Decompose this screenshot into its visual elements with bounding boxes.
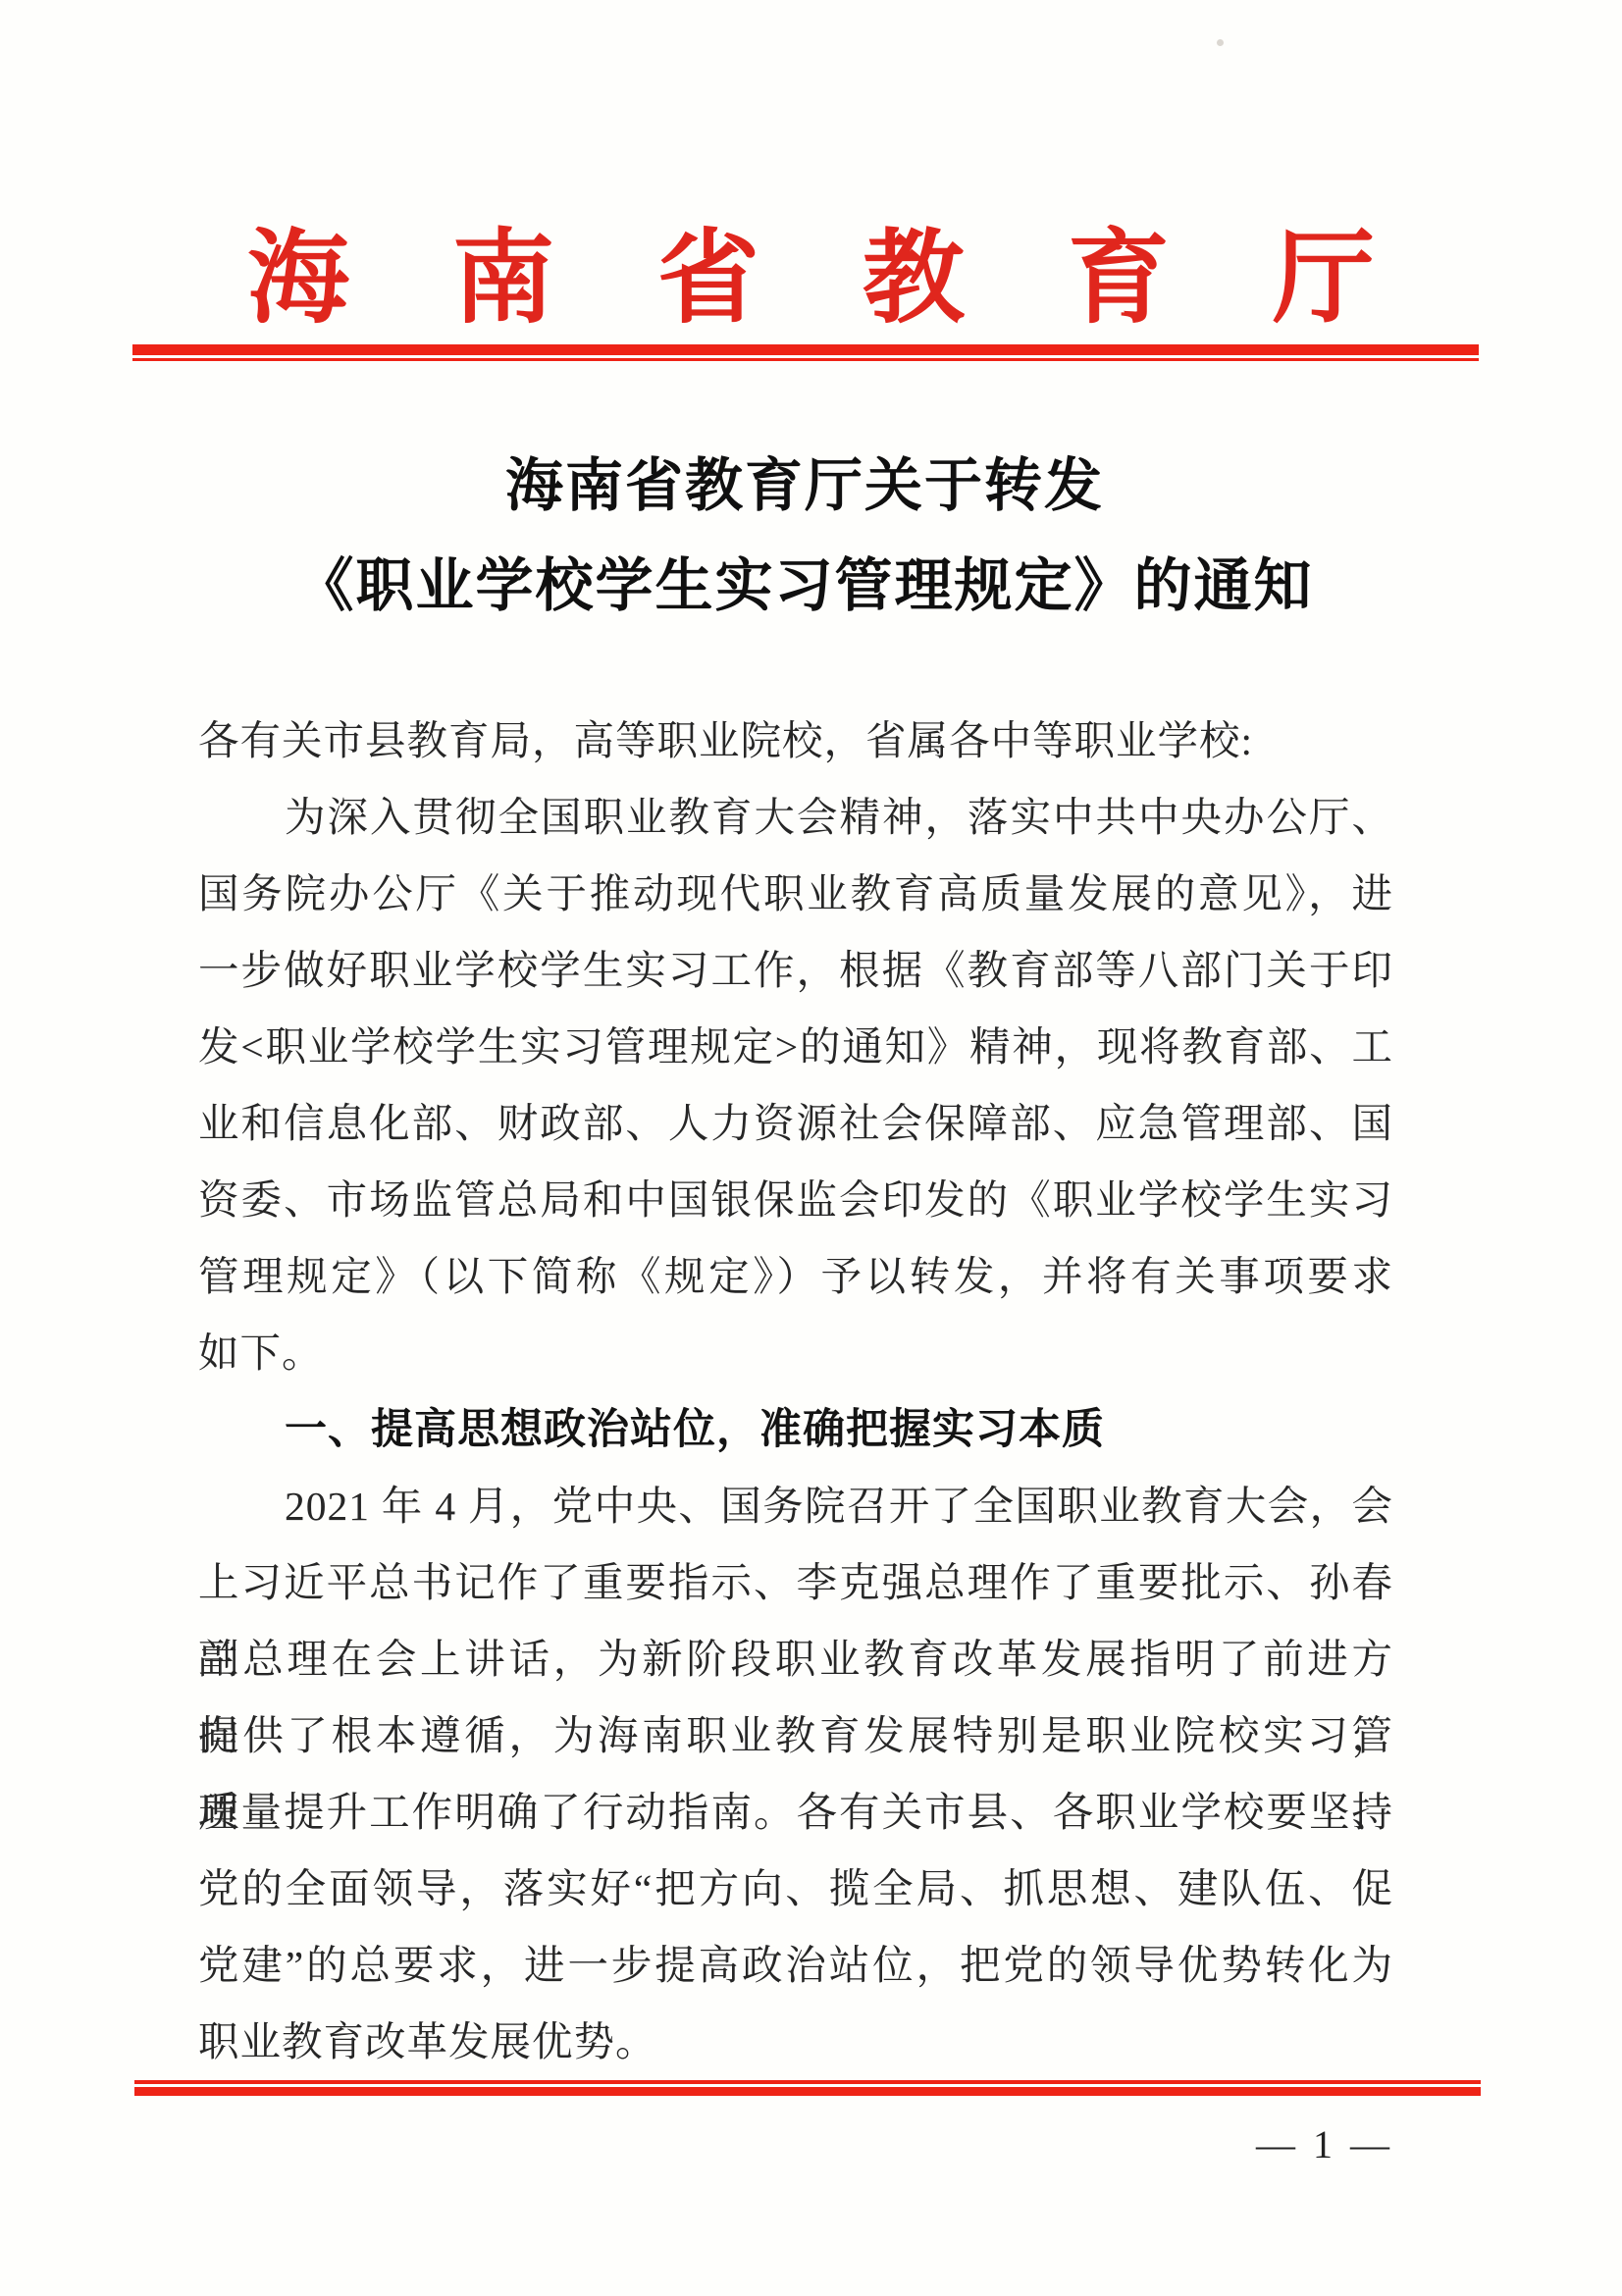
scan-artifact-dot bbox=[1217, 39, 1224, 46]
body-text-line: 质量提升工作明确了行动指南。各有关市县、各职业学校要坚持 bbox=[198, 1774, 1393, 1851]
letterhead-divider-rule bbox=[132, 344, 1479, 361]
body-text-line: 上习近平总书记作了重要指示、李克强总理作了重要批示、孙春兰 bbox=[198, 1544, 1393, 1621]
salutation-line: 各有关市县教育局，高等职业院校，省属各中等职业学校: bbox=[198, 703, 1393, 779]
document-page: 海南省教育厅 海南省教育厅关于转发 《职业学校学生实习管理规定》的通知 各有关市… bbox=[0, 0, 1622, 2296]
body-text-line: 提供了根本遵循，为海南职业教育发展特别是职业院校实习管理、 bbox=[198, 1697, 1393, 1774]
footer-divider-rule bbox=[134, 2080, 1481, 2096]
document-title-line-2: 《职业学校学生实习管理规定》的通知 bbox=[206, 536, 1403, 636]
body-text-line: 资委、市场监管总局和中国银保监会印发的《职业学校学生实习 bbox=[198, 1162, 1393, 1238]
rule-thick-bar bbox=[134, 2087, 1481, 2096]
body-text-line: 为深入贯彻全国职业教育大会精神，落实中共中央办公厅、 bbox=[198, 779, 1393, 856]
body-text-line: 国务院办公厅《关于推动现代职业教育高质量发展的意见》，进 bbox=[198, 856, 1393, 932]
body-text-line: 管理规定》（以下简称《规定》）予以转发，并将有关事项要求 bbox=[198, 1238, 1393, 1315]
document-title-line-1: 海南省教育厅关于转发 bbox=[206, 436, 1403, 536]
section-heading: 一、提高思想政治站位，准确把握实习本质 bbox=[198, 1391, 1393, 1468]
body-text-line: 党的全面领导，落实好“把方向、揽全局、抓思想、建队伍、促 bbox=[198, 1851, 1393, 1927]
rule-thick-bar bbox=[132, 344, 1479, 355]
body-text-line: 如下。 bbox=[198, 1315, 1393, 1391]
body-text-line: 业和信息化部、财政部、人力资源社会保障部、应急管理部、国 bbox=[198, 1085, 1393, 1162]
body-text-line: 职业教育改革发展优势。 bbox=[198, 2004, 1393, 2080]
document-title: 海南省教育厅关于转发 《职业学校学生实习管理规定》的通知 bbox=[206, 436, 1403, 636]
document-body: 各有关市县教育局，高等职业院校，省属各中等职业学校:为深入贯彻全国职业教育大会精… bbox=[198, 703, 1393, 2080]
body-text-line: 2021 年 4 月，党中央、国务院召开了全国职业教育大会，会 bbox=[198, 1468, 1393, 1544]
body-text-line: 副总理在会上讲话，为新阶段职业教育改革发展指明了前进方向， bbox=[198, 1621, 1393, 1697]
page-number: — 1 — bbox=[1256, 2121, 1393, 2167]
body-text-line: 党建”的总要求，进一步提高政治站位，把党的领导优势转化为 bbox=[198, 1927, 1393, 2004]
body-text-line: 发<职业学校学生实习管理规定>的通知》精神，现将教育部、工 bbox=[198, 1009, 1393, 1085]
rule-thin-bar bbox=[132, 358, 1479, 361]
body-text-line: 一步做好职业学校学生实习工作，根据《教育部等八部门关于印 bbox=[198, 932, 1393, 1009]
agency-letterhead: 海南省教育厅 bbox=[0, 226, 1622, 333]
